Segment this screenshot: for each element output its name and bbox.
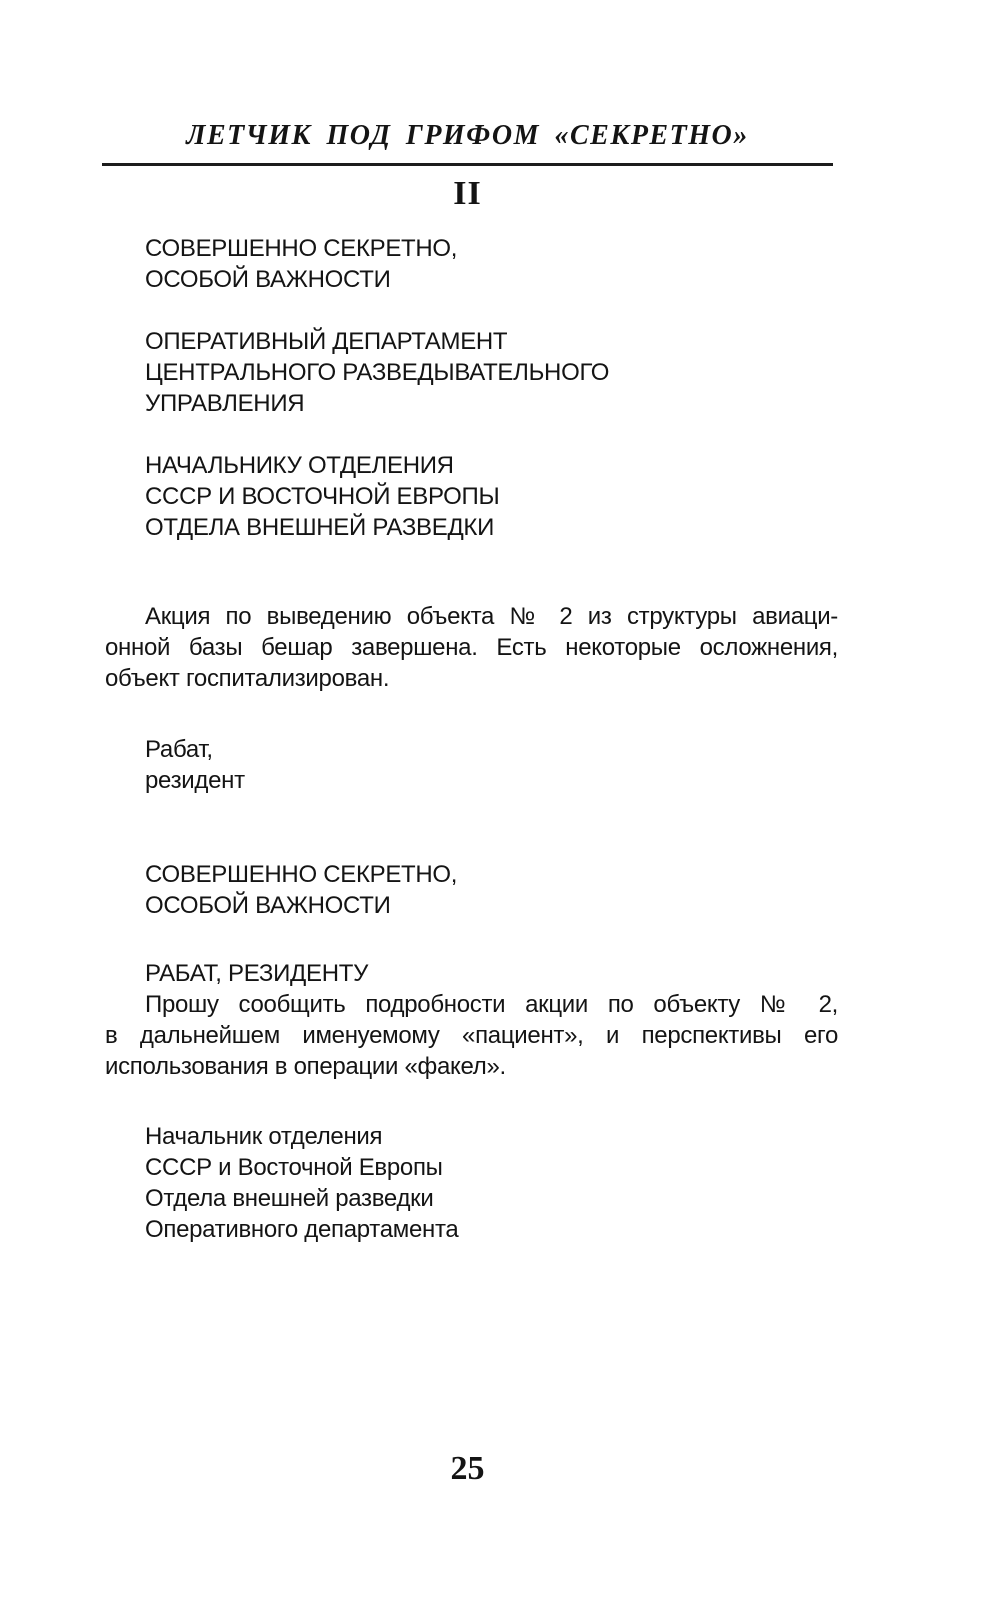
text-line: ОСОБОЙ ВАЖНОСТИ <box>145 890 838 921</box>
text-line: Прошу сообщить подробности акции по объе… <box>105 989 838 1020</box>
dispatch2-classification: СОВЕРШЕННО СЕКРЕТНО, ОСОБОЙ ВАЖНОСТИ <box>145 859 838 921</box>
text-line: ОСОБОЙ ВАЖНОСТИ <box>145 264 838 295</box>
text-line: СОВЕРШЕННО СЕКРЕТНО, <box>145 859 838 890</box>
text-line: УПРАВЛЕНИЯ <box>145 388 838 419</box>
text-line: ОПЕРАТИВНЫЙ ДЕПАРТАМЕНТ <box>145 326 838 357</box>
page-number: 25 <box>102 1450 833 1488</box>
dispatch1-signature: Рабат, резидент <box>145 734 838 796</box>
text-line: резидент <box>145 765 838 796</box>
running-header: ЛЕТЧИК ПОД ГРИФОМ «СЕКРЕТНО» <box>102 120 833 152</box>
text-line: СССР И ВОСТОЧНОЙ ЕВРОПЫ <box>145 481 838 512</box>
text-line: онной базы бешар завершена. Есть некотор… <box>105 632 838 663</box>
text-line: Начальник отделения <box>145 1121 838 1152</box>
text-line: использования в операции «факел». <box>105 1051 838 1082</box>
dispatch2-addressee: РАБАТ, РЕЗИДЕНТУ <box>145 958 838 989</box>
text-line: ОТДЕЛА ВНЕШНЕЙ РАЗВЕДКИ <box>145 512 838 543</box>
book-page: ЛЕТЧИК ПОД ГРИФОМ «СЕКРЕТНО» II СОВЕРШЕН… <box>0 0 1000 1616</box>
dispatch1-sender: ОПЕРАТИВНЫЙ ДЕПАРТАМЕНТ ЦЕНТРАЛЬНОГО РАЗ… <box>145 326 838 419</box>
text-line: Отдела внешней разведки <box>145 1183 838 1214</box>
text-line: в дальнейшем именуемому «пациент», и пер… <box>105 1020 838 1051</box>
page-content: СОВЕРШЕННО СЕКРЕТНО, ОСОБОЙ ВАЖНОСТИ ОПЕ… <box>105 233 838 1245</box>
dispatch1-classification: СОВЕРШЕННО СЕКРЕТНО, ОСОБОЙ ВАЖНОСТИ <box>145 233 838 295</box>
text-line: НАЧАЛЬНИКУ ОТДЕЛЕНИЯ <box>145 450 838 481</box>
dispatch1-body: Акция по выведению объекта № 2 из структ… <box>105 601 838 694</box>
text-line: объект госпитализирован. <box>105 663 838 694</box>
header-rule-divider <box>102 163 833 166</box>
dispatch1-addressee: НАЧАЛЬНИКУ ОТДЕЛЕНИЯ СССР И ВОСТОЧНОЙ ЕВ… <box>145 450 838 543</box>
text-line: Оперативного департамента <box>145 1214 838 1245</box>
chapter-number: II <box>102 175 833 213</box>
text-line: ЦЕНТРАЛЬНОГО РАЗВЕДЫВАТЕЛЬНОГО <box>145 357 838 388</box>
dispatch2-message: РАБАТ, РЕЗИДЕНТУ Прошу сообщить подробно… <box>105 958 838 1082</box>
dispatch2-signature: Начальник отделения СССР и Восточной Евр… <box>145 1121 838 1245</box>
text-line: Акция по выведению объекта № 2 из структ… <box>105 601 838 632</box>
text-line: СССР и Восточной Европы <box>145 1152 838 1183</box>
text-line: Рабат, <box>145 734 838 765</box>
text-line: СОВЕРШЕННО СЕКРЕТНО, <box>145 233 838 264</box>
